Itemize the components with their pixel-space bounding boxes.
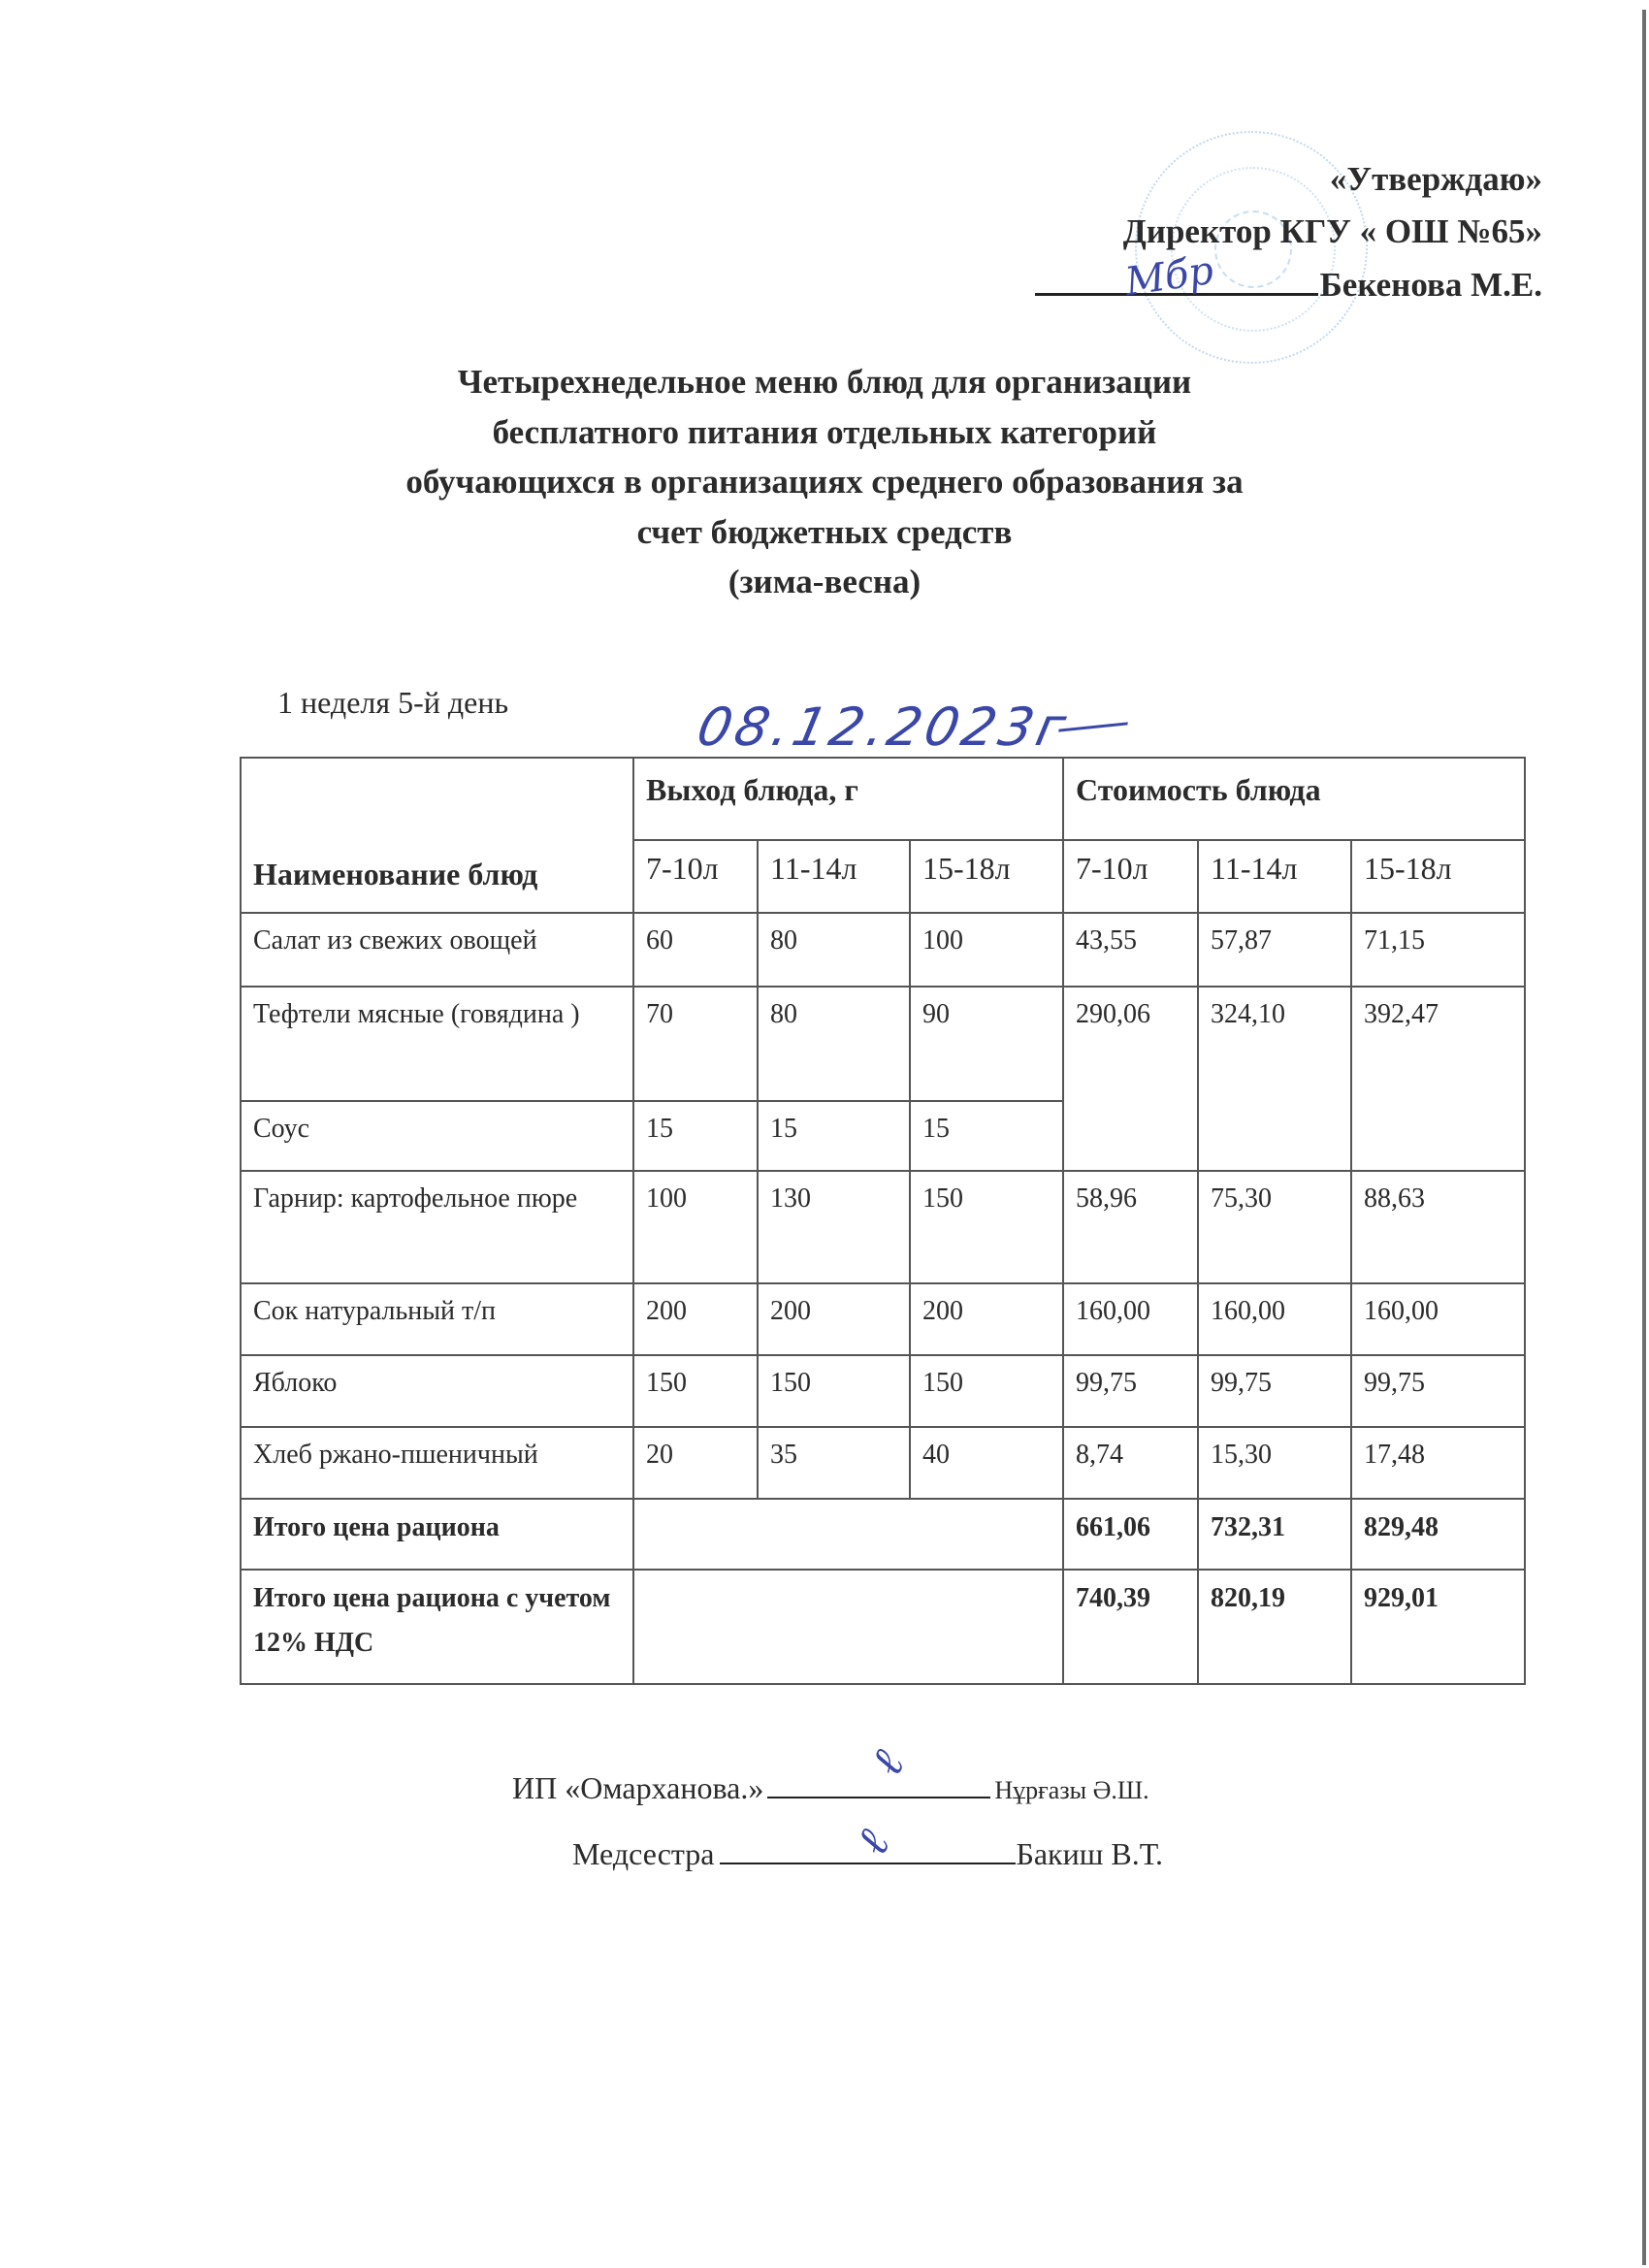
cost-cell: 88,63 xyxy=(1351,1171,1525,1283)
cost-cell: 57,87 xyxy=(1198,913,1351,987)
dish-name: Яблоко xyxy=(241,1355,633,1427)
header-age: 7-10л xyxy=(1063,840,1198,913)
cost-cell: 160,00 xyxy=(1063,1283,1198,1355)
total-label: Итого цена рациона xyxy=(241,1499,633,1570)
header-age: 11-14л xyxy=(1198,840,1351,913)
yield-cell: 200 xyxy=(633,1283,758,1355)
total-vat-row: Итого цена рациона с учетом 12% НДС 740,… xyxy=(241,1570,1525,1684)
document-title: Четырехнедельное меню блюд для организац… xyxy=(0,357,1649,607)
header-age: 15-18л xyxy=(910,840,1063,913)
yield-cell: 35 xyxy=(758,1427,910,1499)
director-signature-row: Бекенова М.Е. xyxy=(1035,258,1542,311)
total-cost-cell: 661,06 xyxy=(1063,1499,1198,1570)
yield-cell: 15 xyxy=(910,1101,1063,1171)
supplier-signature-row: ИП «Омарханова.»Нұрғазы Ә.Ш. xyxy=(512,1767,1149,1806)
cost-cell: 160,00 xyxy=(1198,1283,1351,1355)
dish-name: Соус xyxy=(241,1101,633,1171)
header-dish-name: Наименование блюд xyxy=(241,758,633,913)
menu-table: Наименование блюд Выход блюда, г Стоимос… xyxy=(240,757,1526,1685)
cost-cell: 71,15 xyxy=(1351,913,1525,987)
yield-cell: 80 xyxy=(758,987,910,1101)
yield-cell: 15 xyxy=(633,1101,758,1171)
yield-cell: 100 xyxy=(910,913,1063,987)
title-line: бесплатного питания отдельных категорий xyxy=(0,407,1649,458)
yield-cell: 200 xyxy=(758,1283,910,1355)
supplier-label: ИП «Омарханова.» xyxy=(512,1770,763,1805)
week-day-label: 1 неделя 5-й день xyxy=(277,685,508,721)
table-row: Гарнир: картофельное пюре 100 130 150 58… xyxy=(241,1171,1525,1283)
yield-cell: 40 xyxy=(910,1427,1063,1499)
cost-cell: 75,30 xyxy=(1198,1171,1351,1283)
header-yield: Выход блюда, г xyxy=(633,758,1063,840)
empty-yield-cell xyxy=(633,1499,1063,1570)
yield-cell: 200 xyxy=(910,1283,1063,1355)
total-vat-cost-cell: 820,19 xyxy=(1198,1570,1351,1684)
nurse-label: Медсестра xyxy=(572,1836,714,1871)
yield-cell: 130 xyxy=(758,1171,910,1283)
cost-cell: 324,10 xyxy=(1198,987,1351,1171)
cost-cell: 290,06 xyxy=(1063,987,1198,1171)
director-position: Директор КГУ « ОШ №65» xyxy=(1035,206,1542,258)
yield-cell: 150 xyxy=(910,1355,1063,1427)
table-row: Хлеб ржано-пшеничный 20 35 40 8,74 15,30… xyxy=(241,1427,1525,1499)
nurse-name: Бакиш В.Т. xyxy=(1016,1836,1163,1871)
cost-cell: 58,96 xyxy=(1063,1171,1198,1283)
title-line: обучающихся в организациях среднего обра… xyxy=(0,457,1649,507)
cost-cell: 99,75 xyxy=(1198,1355,1351,1427)
yield-cell: 150 xyxy=(633,1355,758,1427)
table-row: Яблоко 150 150 150 99,75 99,75 99,75 xyxy=(241,1355,1525,1427)
total-cost-cell: 829,48 xyxy=(1351,1499,1525,1570)
dish-name: Салат из свежих овощей xyxy=(241,913,633,987)
signature-line xyxy=(767,1767,990,1798)
cost-cell: 160,00 xyxy=(1351,1283,1525,1355)
table-row: Сок натуральный т/п 200 200 200 160,00 1… xyxy=(241,1283,1525,1355)
supplier-name: Нұрғазы Ә.Ш. xyxy=(994,1776,1148,1804)
dish-name: Сок натуральный т/п xyxy=(241,1283,633,1355)
dish-name: Хлеб ржано-пшеничный xyxy=(241,1427,633,1499)
table-row: Салат из свежих овощей 60 80 100 43,55 5… xyxy=(241,913,1525,987)
yield-cell: 70 xyxy=(633,987,758,1101)
title-line: Четырехнедельное меню блюд для организац… xyxy=(0,357,1649,407)
cost-cell: 99,75 xyxy=(1351,1355,1525,1427)
table-header-row: Наименование блюд Выход блюда, г Стоимос… xyxy=(241,758,1525,840)
cost-cell: 392,47 xyxy=(1351,987,1525,1171)
cost-cell: 43,55 xyxy=(1063,913,1198,987)
yield-cell: 90 xyxy=(910,987,1063,1101)
total-cost-cell: 732,31 xyxy=(1198,1499,1351,1570)
total-row: Итого цена рациона 661,06 732,31 829,48 xyxy=(241,1499,1525,1570)
yield-cell: 100 xyxy=(633,1171,758,1283)
cost-cell: 99,75 xyxy=(1063,1355,1198,1427)
dish-name: Тефтели мясные (говядина ) xyxy=(241,987,633,1101)
approval-block: «Утверждаю» Директор КГУ « ОШ №65» Бекен… xyxy=(1035,153,1542,311)
director-name: Бекенова М.Е. xyxy=(1320,266,1542,304)
header-age: 15-18л xyxy=(1351,840,1525,913)
yield-cell: 15 xyxy=(758,1101,910,1171)
dish-name: Гарнир: картофельное пюре xyxy=(241,1171,633,1283)
approve-label: «Утверждаю» xyxy=(1035,153,1542,206)
yield-cell: 20 xyxy=(633,1427,758,1499)
cost-cell: 17,48 xyxy=(1351,1427,1525,1499)
title-line: (зима-весна) xyxy=(0,557,1649,607)
header-cost: Стоимость блюда xyxy=(1063,758,1525,840)
empty-yield-cell xyxy=(633,1570,1063,1684)
scan-edge-line xyxy=(1642,10,1646,2265)
header-age: 11-14л xyxy=(758,840,910,913)
cost-cell: 8,74 xyxy=(1063,1427,1198,1499)
total-vat-label: Итого цена рациона с учетом 12% НДС xyxy=(241,1570,633,1684)
cost-cell: 15,30 xyxy=(1198,1427,1351,1499)
table-row: Тефтели мясные (говядина ) 70 80 90 290,… xyxy=(241,987,1525,1101)
title-line: счет бюджетных средств xyxy=(0,507,1649,558)
yield-cell: 80 xyxy=(758,913,910,987)
yield-cell: 60 xyxy=(633,913,758,987)
total-vat-cost-cell: 740,39 xyxy=(1063,1570,1198,1684)
header-age: 7-10л xyxy=(633,840,758,913)
yield-cell: 150 xyxy=(758,1355,910,1427)
total-vat-cost-cell: 929,01 xyxy=(1351,1570,1525,1684)
handwritten-date: 08.12.2023г xyxy=(692,697,1075,758)
yield-cell: 150 xyxy=(910,1171,1063,1283)
